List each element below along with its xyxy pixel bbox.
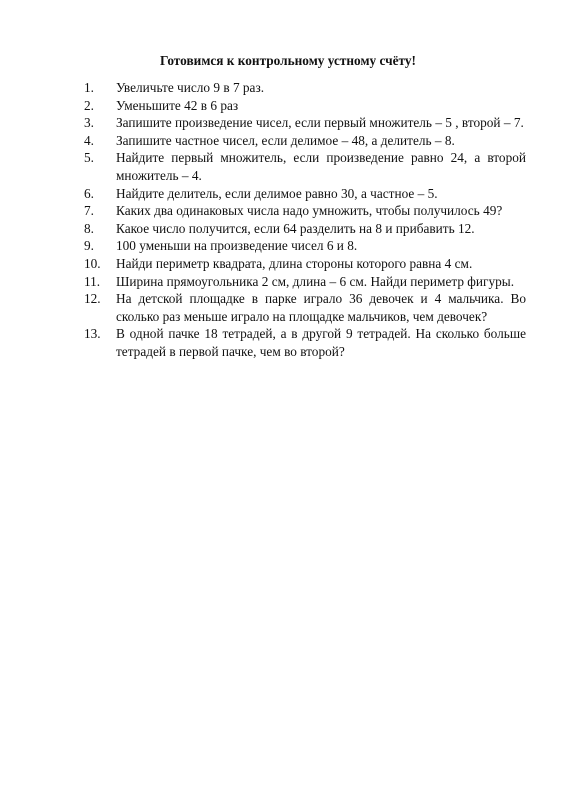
task-text: Уменьшите 42 в 6 раз bbox=[116, 98, 238, 113]
task-item: 2.Уменьшите 42 в 6 раз bbox=[84, 97, 526, 115]
task-item: 9.100 уменьши на произведение чисел 6 и … bbox=[84, 237, 526, 255]
task-list: 1.Увеличьте число 9 в 7 раз. 2.Уменьшите… bbox=[84, 79, 526, 361]
task-text: Каких два одинаковых числа надо умножить… bbox=[116, 203, 502, 218]
task-number: 13. bbox=[84, 325, 101, 343]
task-number: 1. bbox=[84, 79, 94, 97]
task-number: 7. bbox=[84, 202, 94, 220]
task-text: На детской площадке в парке играло 36 де… bbox=[116, 291, 526, 324]
task-number: 5. bbox=[84, 149, 94, 167]
task-text: 100 уменьши на произведение чисел 6 и 8. bbox=[116, 238, 357, 253]
task-number: 11. bbox=[84, 273, 100, 291]
task-text: Какое число получится, если 64 разделить… bbox=[116, 221, 475, 236]
task-text: Ширина прямоугольника 2 см, длина – 6 см… bbox=[116, 274, 514, 289]
task-text: Запишите произведение чисел, если первый… bbox=[116, 115, 524, 130]
task-text: Найдите делитель, если делимое равно 30,… bbox=[116, 186, 438, 201]
task-number: 3. bbox=[84, 114, 94, 132]
task-item: 3.Запишите произведение чисел, если перв… bbox=[84, 114, 526, 132]
task-number: 12. bbox=[84, 290, 101, 308]
task-item: 8.Какое число получится, если 64 раздели… bbox=[84, 220, 526, 238]
task-item: 6.Найдите делитель, если делимое равно 3… bbox=[84, 185, 526, 203]
task-item: 10.Найди периметр квадрата, длина сторон… bbox=[84, 255, 526, 273]
task-number: 2. bbox=[84, 97, 94, 115]
task-item: 5.Найдите первый множитель, если произве… bbox=[84, 149, 526, 184]
task-item: 11.Ширина прямоугольника 2 см, длина – 6… bbox=[84, 273, 526, 291]
task-number: 4. bbox=[84, 132, 94, 150]
task-number: 8. bbox=[84, 220, 94, 238]
task-text: Запишите частное чисел, если делимое – 4… bbox=[116, 133, 455, 148]
document-page: Готовимся к контрольному устному счёту! … bbox=[0, 0, 566, 800]
task-text: Найдите первый множитель, если произведе… bbox=[116, 150, 526, 183]
task-item: 12.На детской площадке в парке играло 36… bbox=[84, 290, 526, 325]
task-number: 10. bbox=[84, 255, 101, 273]
task-number: 6. bbox=[84, 185, 94, 203]
task-item: 13.В одной пачке 18 тетрадей, а в другой… bbox=[84, 325, 526, 360]
task-text: Увеличьте число 9 в 7 раз. bbox=[116, 80, 264, 95]
task-text: В одной пачке 18 тетрадей, а в другой 9 … bbox=[116, 326, 526, 359]
task-item: 7.Каких два одинаковых числа надо умножи… bbox=[84, 202, 526, 220]
task-item: 1.Увеличьте число 9 в 7 раз. bbox=[84, 79, 526, 97]
page-title: Готовимся к контрольному устному счёту! bbox=[0, 53, 566, 69]
task-text: Найди периметр квадрата, длина стороны к… bbox=[116, 256, 472, 271]
task-item: 4.Запишите частное чисел, если делимое –… bbox=[84, 132, 526, 150]
task-number: 9. bbox=[84, 237, 94, 255]
